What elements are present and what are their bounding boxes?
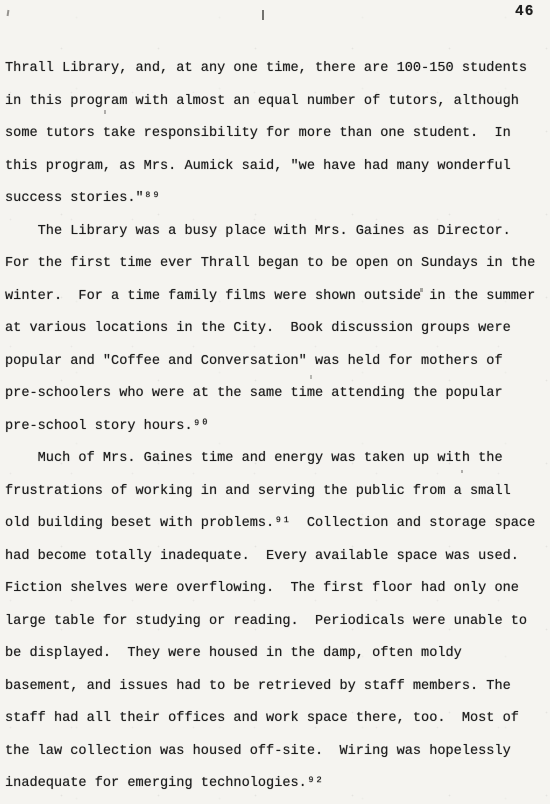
text-line: this program, as Mrs. Aumick said, "we h… [5,151,550,184]
text-line: at various locations in the City. Book d… [5,313,550,346]
text-line: be displayed. They were housed in the da… [5,638,550,671]
page-number: 46 [515,2,534,22]
text-line: popular and "Coffee and Conversation" wa… [5,346,550,379]
text-line: Thrall Library, and, at any one time, th… [5,53,550,86]
text-body: Thrall Library, and, at any one time, th… [5,53,550,801]
text-line: inadequate for emerging technologies.⁹² [5,768,550,801]
text-line: staff had all their offices and work spa… [5,703,550,736]
scan-artifact [420,288,423,292]
text-line: pre-school story hours.⁹⁰ [5,411,550,444]
text-line: large table for studying or reading. Per… [5,606,550,639]
text-line: in this program with almost an equal num… [5,86,550,119]
text-line: some tutors take responsibility for more… [5,118,550,151]
text-line: old building beset with problems.⁹¹ Coll… [5,508,550,541]
text-line: The Library was a busy place with Mrs. G… [5,216,550,249]
text-line: frustrations of working in and serving t… [5,476,550,509]
text-line: Much of Mrs. Gaines time and energy was … [5,443,550,476]
text-line: the law collection was housed off-site. … [5,736,550,769]
text-line: winter. For a time family films were sho… [5,281,550,314]
scan-artifact [461,470,463,473]
scan-artifact [310,375,312,379]
text-line: Fiction shelves were overflowing. The fi… [5,573,550,606]
text-line: pre-schoolers who were at the same time … [5,378,550,411]
text-line: basement, and issues had to be retrieved… [5,671,550,704]
document-page: 46 Thrall Library, and, at any one time,… [0,0,550,804]
text-line: had become totally inadequate. Every ava… [5,541,550,574]
scan-artifact [7,10,10,16]
scan-artifact [104,110,106,114]
scan-artifact [262,10,264,20]
text-line: success stories."⁸⁹ [5,183,550,216]
text-line: For the first time ever Thrall began to … [5,248,550,281]
